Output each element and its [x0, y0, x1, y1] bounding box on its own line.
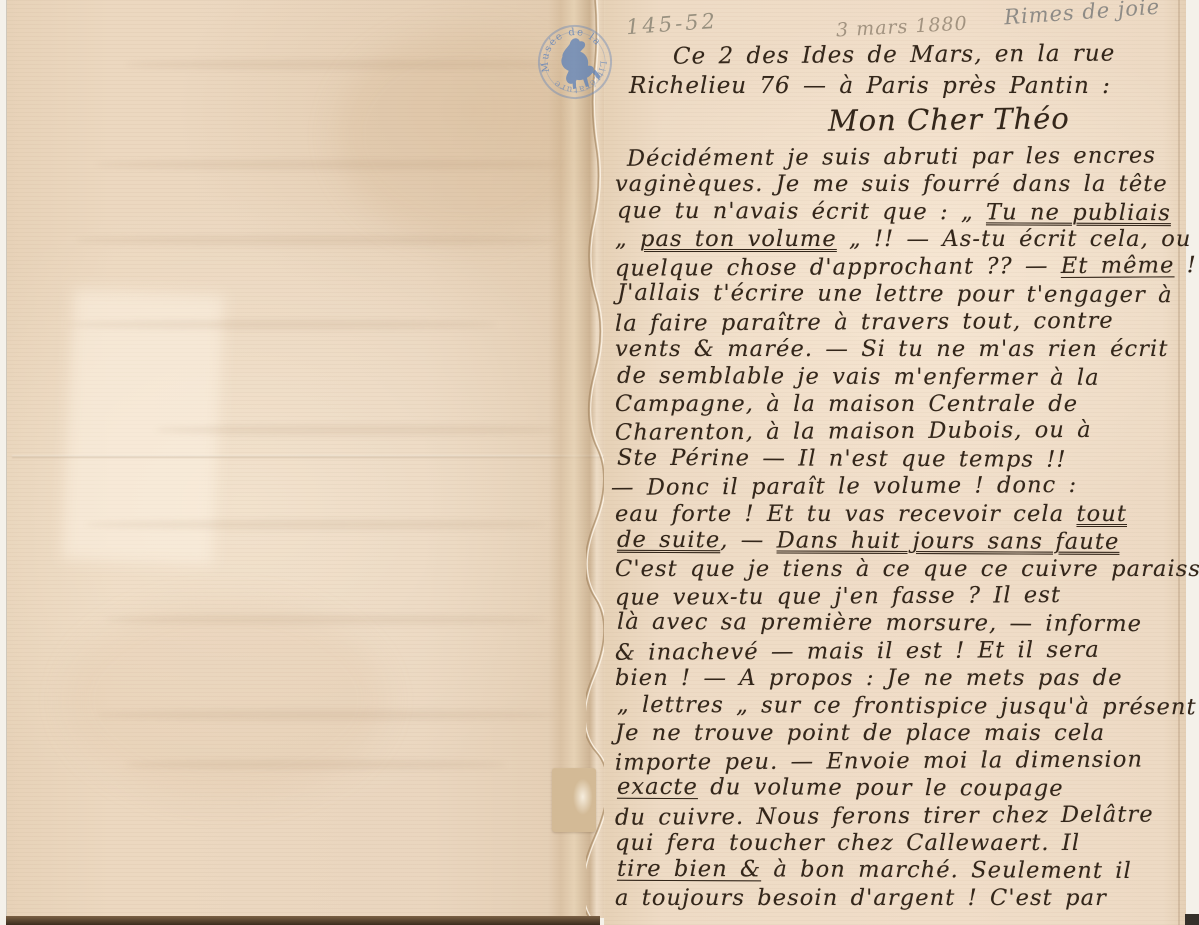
letter-line: a toujours besoin d'argent ! C'est par — [615, 885, 1195, 912]
letter-line: bien ! — A propos : Je ne mets pas de — [615, 665, 1195, 692]
letter-line: de suite, — Dans huit jours sans faute — [617, 527, 1197, 557]
letter-line: — Donc il paraît le volume ! donc : — [615, 471, 1195, 502]
letter-dateline-2: Richelieu 76 — à Paris près Pantin : — [615, 71, 1195, 102]
scan-edge-bottom — [6, 916, 600, 925]
letter-line: importe peu. — Envoie moi la dimension — [615, 746, 1195, 777]
letter-line: Ste Périne — Il n'est que temps !! — [617, 445, 1197, 475]
scanned-letter: { "annotations": { "inventory_number": "… — [0, 0, 1199, 925]
letter-salutation: Mon Cher Théo — [615, 100, 1195, 141]
fold-crease — [12, 455, 608, 458]
bleedthrough-line — [156, 425, 556, 435]
letter-line: que veux-tu que j'en fasse ? Il est — [615, 581, 1195, 612]
letter-line: Charenton, à la maison Dubois, ou à — [615, 417, 1195, 448]
letter-line: C'est que je tiens à ce que ce cuivre pa… — [615, 556, 1195, 583]
letter-line: exacte du volume pour le coupage — [617, 774, 1197, 804]
tape-residue — [552, 768, 596, 832]
museum-stamp: Musée de la Littérature — [532, 14, 618, 110]
letter-body: Décidément je suis abruti par les encres… — [615, 144, 1195, 912]
letter-text: Ce 2 des Ides de Mars, en la rue Richeli… — [615, 40, 1195, 912]
bleedthrough-line — [96, 160, 566, 169]
letter-line: eau forte ! Et tu vas recevoir cela tout — [615, 501, 1195, 528]
letter-line: vents & marée. — Si tu ne m'as rien écri… — [615, 336, 1195, 363]
letter-line: quelque chose d'approchant ?? — Et même … — [615, 252, 1195, 283]
bleedthrough-line — [126, 60, 556, 69]
letter-line: que tu n'avais écrit que : „ Tu ne publi… — [617, 198, 1197, 228]
bleedthrough-line — [106, 615, 546, 624]
scan-edge-corner — [1185, 914, 1199, 925]
letter-dateline-1: Ce 2 des Ides de Mars, en la rue — [615, 38, 1195, 73]
paper-stain — [66, 600, 386, 800]
letter-line: & inachevé — mais il est ! Et il sera — [615, 636, 1195, 667]
bleedthrough-line — [66, 320, 496, 329]
letter-line: vaginèques. Je me suis fourré dans la tê… — [615, 171, 1195, 198]
letter-line: du cuivre. Nous ferons tirer chez Delâtr… — [615, 801, 1195, 832]
letter-line: J'allais t'écrire une lettre pour t'enga… — [617, 280, 1197, 310]
letter-line: Campagne, à la maison Centrale de — [615, 391, 1195, 418]
letter-line: qui fera toucher chez Callewaert. Il — [615, 830, 1195, 857]
letter-line: Je ne trouve point de place mais cela — [615, 720, 1195, 747]
letter-line: tire bien & à bon marché. Seulement il — [617, 856, 1197, 886]
letter-line: „ pas ton volume „ !! — As-tu écrit cela… — [615, 226, 1195, 253]
letter-line: là avec sa première morsure, — informe — [617, 609, 1197, 639]
left-page — [6, 0, 604, 918]
letter-line: la faire paraître à travers tout, contre — [615, 307, 1195, 338]
letter-line: „ lettres „ sur ce frontispice jusqu'à p… — [617, 691, 1197, 721]
letter-line: Décidément je suis abruti par les encres — [615, 142, 1195, 173]
bleedthrough-line — [126, 760, 506, 769]
letter-line: de semblable je vais m'enfermer à la — [617, 362, 1197, 392]
bleedthrough-line — [76, 235, 556, 245]
bleedthrough-line — [96, 710, 556, 720]
bleedthrough-line — [86, 520, 546, 529]
